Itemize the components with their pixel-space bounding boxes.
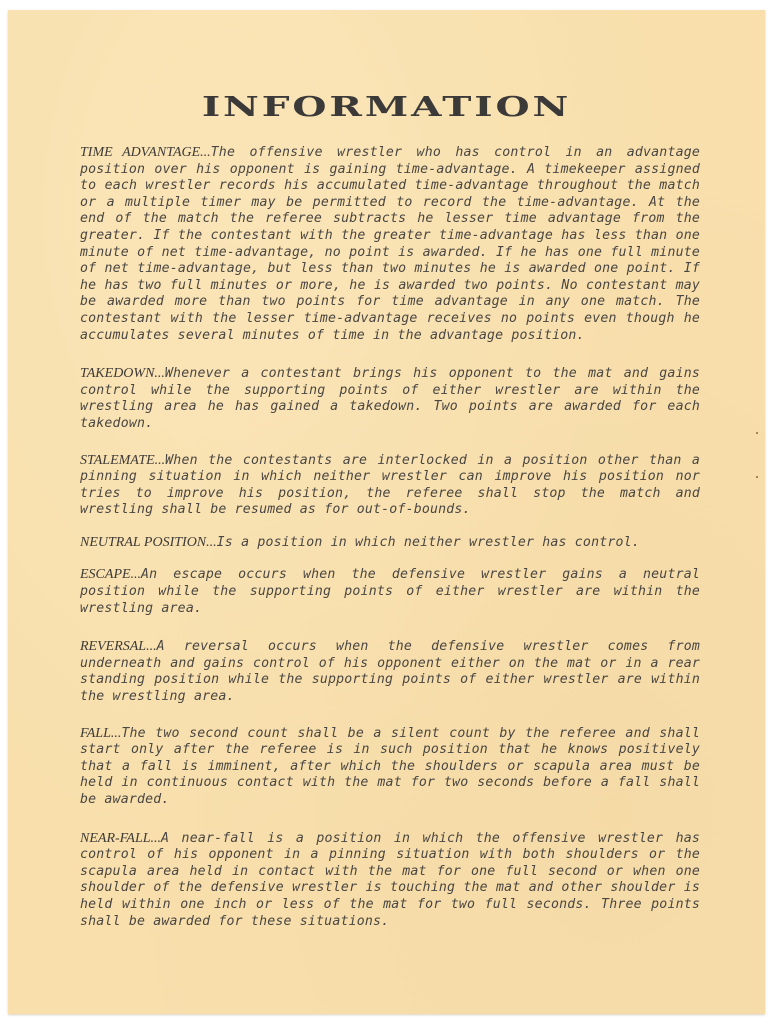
definition-time-advantage: TIME ADVANTAGE...The offensive wrestler … <box>80 145 700 344</box>
definition-term: TAKEDOWN... <box>80 366 165 381</box>
definition-text: A reversal occurs when the defensive wre… <box>80 639 700 704</box>
definition-term: TIME ADVANTAGE... <box>80 145 211 160</box>
definition-text: Is a position in which neither wrestler … <box>217 535 640 550</box>
definition-text: The offensive wrestler who has control i… <box>80 145 700 343</box>
definition-term: ESCAPE... <box>80 567 141 582</box>
definition-escape: ESCAPE...An escape occurs when the defen… <box>80 567 700 617</box>
definition-term: FALL... <box>80 726 121 741</box>
definitions-list: TIME ADVANTAGE...The offensive wrestler … <box>80 145 700 950</box>
definition-reversal: REVERSAL...A reversal occurs when the de… <box>80 639 700 705</box>
definition-neutral-position: NEUTRAL POSITION...Is a position in whic… <box>80 535 700 552</box>
page-title: INFORMATION <box>0 92 773 123</box>
document-page: INFORMATION TIME ADVANTAGE...The offensi… <box>8 10 765 1014</box>
definition-term: REVERSAL... <box>80 639 157 654</box>
definition-fall: FALL...The two second count shall be a s… <box>80 726 700 809</box>
definition-text: A near-fall is a position in which the o… <box>80 831 700 929</box>
definition-text: The two second count shall be a silent c… <box>80 726 700 807</box>
definition-stalemate: STALEMATE...When the contestants are int… <box>80 453 700 519</box>
definition-term: NEUTRAL POSITION... <box>80 535 217 550</box>
definition-text: An escape occurs when the defensive wres… <box>80 567 700 615</box>
definition-text: When the contestants are interlocked in … <box>80 453 700 518</box>
paper-speck <box>756 432 758 434</box>
definition-takedown: TAKEDOWN...Whenever a contestant brings … <box>80 366 700 432</box>
definition-term: NEAR-FALL... <box>80 831 161 846</box>
definition-near-fall: NEAR-FALL...A near-fall is a position in… <box>80 831 700 931</box>
definition-text: Whenever a contestant brings his opponen… <box>80 366 700 431</box>
definition-term: STALEMATE... <box>80 453 165 468</box>
paper-speck <box>756 476 758 478</box>
